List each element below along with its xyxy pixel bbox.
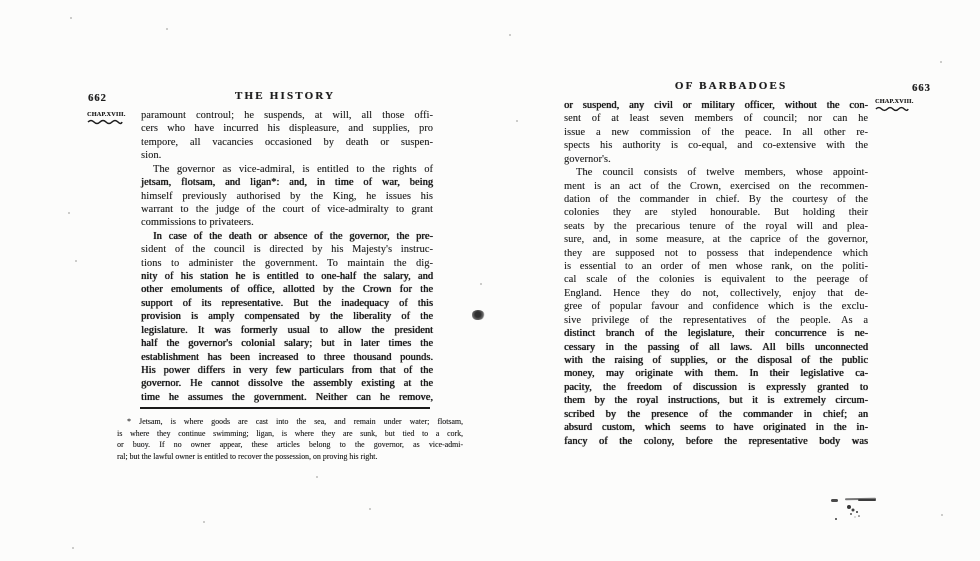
text-line: other emoluments of office, allotted by … xyxy=(141,283,433,296)
text-line: spects his authority is co-equal, and co… xyxy=(564,139,868,152)
dust-speck xyxy=(369,508,371,510)
text-line: sion. xyxy=(141,149,433,162)
text-line: fancy of the colony, before the represen… xyxy=(564,435,868,448)
text-line: colonies they are styled honourable. But… xyxy=(564,206,868,219)
right-page-number: 663 xyxy=(912,83,931,94)
text-line: distinct branch of the legislature, thei… xyxy=(564,327,868,340)
text-line: establishment has been increased to thre… xyxy=(141,351,433,364)
dust-speck xyxy=(941,514,943,516)
scan-artifact xyxy=(847,505,851,509)
left-running-head: THE HISTORY xyxy=(235,90,335,102)
dust-speck xyxy=(203,521,205,523)
text-line: jetsam, flotsam, and ligan*: and, in tim… xyxy=(141,176,433,189)
flourish-squiggle-icon xyxy=(875,106,909,112)
chapter-note-text: CHAP.XVIII. xyxy=(87,111,125,118)
text-line: cal scale of the colonies is equivalent … xyxy=(564,273,868,286)
text-line: is essential to an order of men whose ra… xyxy=(564,260,868,273)
text-line: ral; but the lawful owner is entitled to… xyxy=(117,451,463,463)
text-line: ment is an act of the Crown, exercised o… xyxy=(564,180,868,193)
left-body-text: paramount controul; he suspends, at will… xyxy=(141,109,433,404)
text-line: seats by the precarious tenure of the ro… xyxy=(564,220,868,233)
text-line: warrant to the judge of the court of vic… xyxy=(141,203,433,216)
right-chapter-note: CHAP.XVIII. xyxy=(875,98,927,112)
text-line: scribed by the presence of the commander… xyxy=(564,408,868,421)
scan-artifact xyxy=(831,499,838,502)
text-line: In case of the death or absence of the g… xyxy=(141,230,433,243)
text-line: them by the royal instructions, but it i… xyxy=(564,394,868,407)
footnote-rule xyxy=(140,407,430,409)
scanned-book-spread: 662 THE HISTORY CHAP.XVIII. paramount co… xyxy=(0,0,980,561)
left-footnote: * Jetsam, is where goods are cast into t… xyxy=(117,416,463,462)
chapter-note-text: CHAP.XVIII. xyxy=(875,98,913,105)
text-line: provision is amply compensated by the li… xyxy=(141,310,433,323)
text-line: support of its representative. But the i… xyxy=(141,297,433,310)
text-line: commissions to privateers. xyxy=(141,216,433,229)
text-line: dation of the commander in chief. By the… xyxy=(564,193,868,206)
text-line: pacity, the freedom of discussion is exp… xyxy=(564,381,868,394)
scan-artifact xyxy=(858,499,876,501)
dust-speck xyxy=(68,212,70,214)
text-line: The council consists of twelve members, … xyxy=(564,166,868,179)
text-line: The governor as vice-admiral, is entitle… xyxy=(141,163,433,176)
flourish-squiggle-icon xyxy=(87,119,123,125)
scan-artifact xyxy=(472,310,485,320)
text-line: absurd custom, which seems to have origi… xyxy=(564,421,868,434)
text-line: or buoy. If no owner appear, these artic… xyxy=(117,439,463,451)
text-line: governor. He cannot dissolve the assembl… xyxy=(141,377,433,390)
scan-artifact xyxy=(835,518,837,520)
text-line: with the raising of supplies, or the dis… xyxy=(564,354,868,367)
text-line: His power differs in very few particular… xyxy=(141,364,433,377)
text-line: cers who have incurred his displeasure, … xyxy=(141,122,433,135)
text-line: tions to administer the government. To m… xyxy=(141,257,433,270)
text-line: or suspend, any civil or military office… xyxy=(564,99,868,112)
text-line: governor's. xyxy=(564,153,868,166)
text-line: nity of his station he is entitled to on… xyxy=(141,270,433,283)
text-line: issue a new commission of the peace. In … xyxy=(564,126,868,139)
dust-speck xyxy=(70,17,72,19)
text-line: half the governor's colonial salary; but… xyxy=(141,337,433,350)
dust-speck xyxy=(75,260,77,262)
text-line: is where they continue swimming; ligan, … xyxy=(117,428,463,440)
right-body-text: or suspend, any civil or military office… xyxy=(564,99,868,448)
text-line: tempore, all vacancies occasioned by dea… xyxy=(141,136,433,149)
text-line: sure, and, in some measure, at the capri… xyxy=(564,233,868,246)
dust-speck xyxy=(516,120,518,122)
left-chapter-note: CHAP.XVIII. xyxy=(87,111,139,125)
text-line: gree of popular favour and confidence wh… xyxy=(564,300,868,313)
text-line: time he assumes the government. Neither … xyxy=(141,391,433,404)
dust-speck xyxy=(166,28,168,30)
text-line: England. Hence they do not, collectively… xyxy=(564,287,868,300)
text-line: legislature. It was formerly usual to al… xyxy=(141,324,433,337)
text-line: sident of the council is directed by his… xyxy=(141,243,433,256)
dust-speck xyxy=(480,283,482,285)
text-line: cessary in the passing of all laws. All … xyxy=(564,341,868,354)
dust-speck xyxy=(509,34,511,36)
dust-speck xyxy=(72,547,74,549)
dust-speck xyxy=(940,61,942,63)
text-line: sent of at least seven members of counci… xyxy=(564,112,868,125)
right-running-head: OF BARBADOES xyxy=(675,80,787,92)
text-line: * Jetsam, is where goods are cast into t… xyxy=(117,416,463,428)
text-line: paramount controul; he suspends, at will… xyxy=(141,109,433,122)
text-line: himself previously authorised by the Kin… xyxy=(141,190,433,203)
text-line: they are supposed not to possess that in… xyxy=(564,247,868,260)
left-page-number: 662 xyxy=(88,93,107,104)
text-line: money, may originate with them. In their… xyxy=(564,367,868,380)
text-line: sive privilege of the representatives of… xyxy=(564,314,868,327)
dust-speck xyxy=(316,476,318,478)
